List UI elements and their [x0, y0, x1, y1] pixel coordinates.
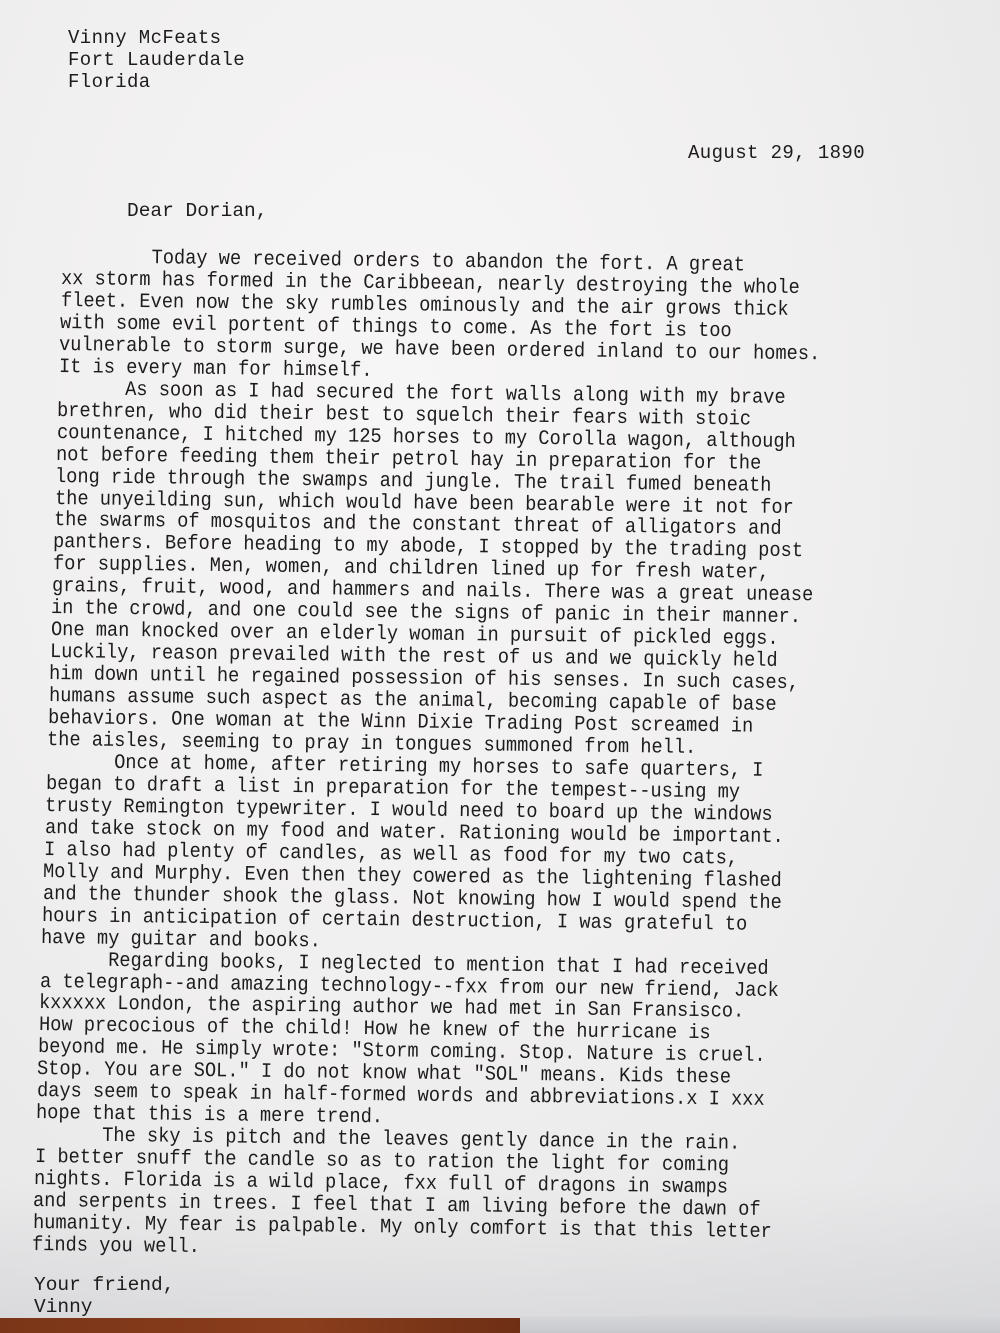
sender-city: Fort Lauderdale [68, 49, 245, 71]
paper-corner [520, 1316, 1000, 1333]
sender-name: Vinny McFeats [68, 27, 221, 49]
closing: Your friend, [34, 1274, 174, 1296]
salutation: Dear Dorian, [127, 200, 267, 222]
signature: Vinny [34, 1296, 93, 1318]
letter-date: August 29, 1890 [688, 142, 865, 164]
sender-state: Florida [68, 71, 151, 93]
body-line: finds you well. [32, 1235, 200, 1259]
